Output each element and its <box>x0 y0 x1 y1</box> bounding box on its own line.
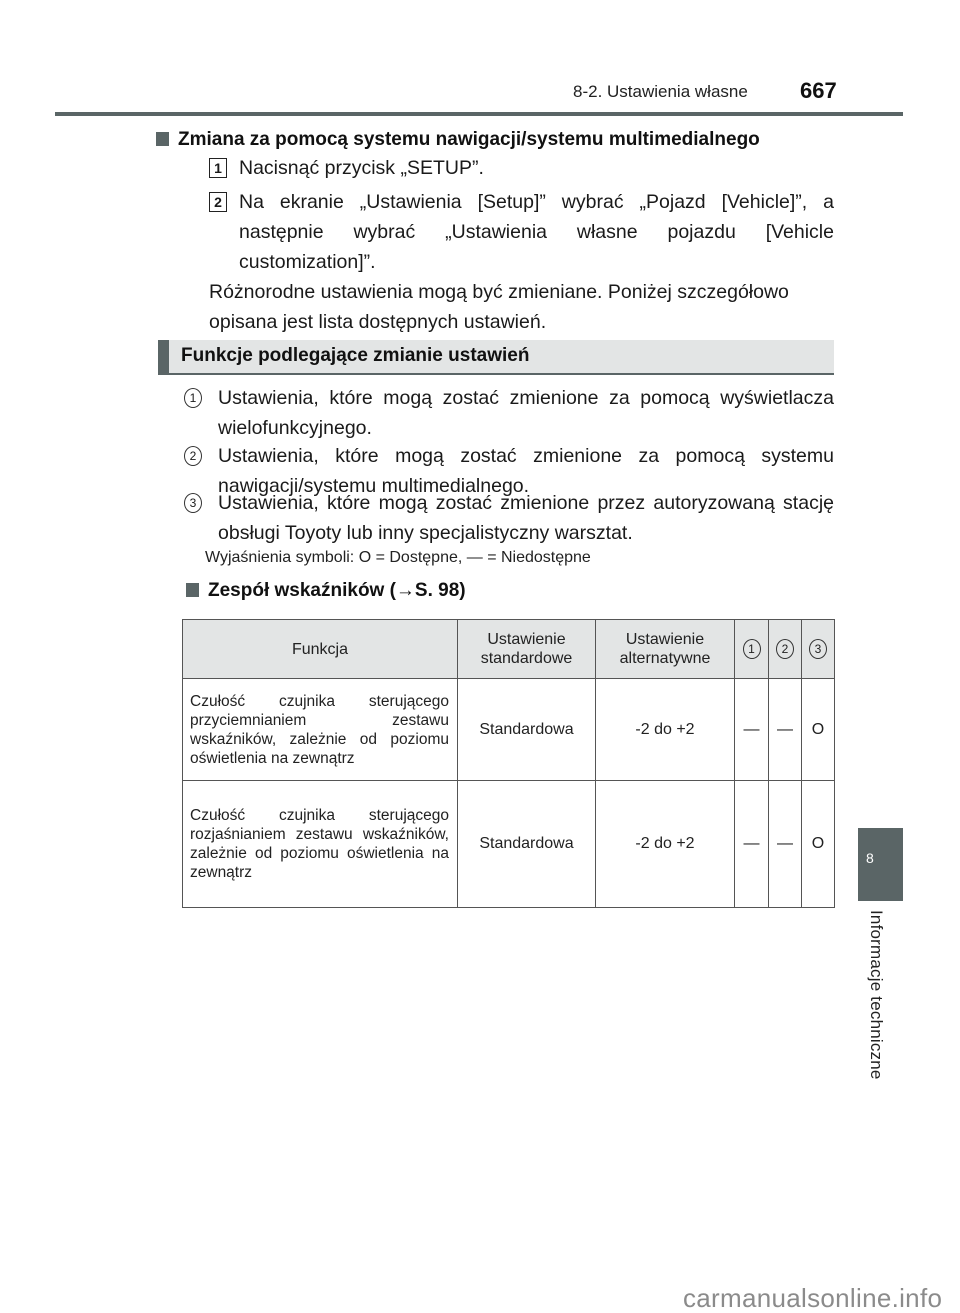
circled-number-2-icon: 2 <box>184 446 202 466</box>
step-2: 2 Na ekranie „Ustawienia [Setup]” wybrać… <box>209 187 834 277</box>
step-1: 1 Nacisnąć przycisk „SETUP”. <box>209 153 834 183</box>
table-row: Czułość czujnika sterującego przyciemnia… <box>183 679 835 781</box>
chapter-tab[interactable]: 8 <box>858 828 903 901</box>
cell-availability-2: — <box>769 679 802 781</box>
section-title-bar: Funkcje podlegające zmianie ustawień <box>158 340 834 375</box>
nav-section-heading: Zmiana za pomocą systemu nawigacji/syste… <box>156 129 760 151</box>
cell-function: Czułość czujnika sterującego rozjaśniani… <box>183 781 458 908</box>
nav-section-heading-text: Zmiana za pomocą systemu nawigacji/syste… <box>178 129 760 150</box>
table-row: Czułość czujnika sterującego rozjaśniani… <box>183 781 835 908</box>
cluster-section-heading-text: Zespół wskaźników (→S. 98) <box>208 580 466 601</box>
cell-function: Czułość czujnika sterującego przyciemnia… <box>183 679 458 781</box>
cell-availability-1: — <box>735 679 769 781</box>
square-bullet-icon <box>156 132 169 146</box>
feature-item-text: Ustawienia, które mogą zostać zmienione … <box>218 383 834 443</box>
chapter-label: Informacje techniczne <box>866 910 886 1080</box>
symbol-legend: Wyjaśnienia symboli: O = Dostępne, — = N… <box>205 549 591 567</box>
cell-default: Standardowa <box>458 679 596 781</box>
step-text: Na ekranie „Ustawienia [Setup]” wybrać „… <box>239 187 834 277</box>
col-header-alternative: Ustawienie alternatywne <box>596 620 735 679</box>
table-header-row: Funkcja Ustawienie standardowe Ustawieni… <box>183 620 835 679</box>
col-header-default: Ustawienie standardowe <box>458 620 596 679</box>
cell-default: Standardowa <box>458 781 596 908</box>
running-header-section: 8-2. Ustawienia własne <box>573 82 748 102</box>
cell-availability-3: O <box>802 679 835 781</box>
square-bullet-icon <box>186 583 199 597</box>
cell-alternative: -2 do +2 <box>596 679 735 781</box>
cell-alternative: -2 do +2 <box>596 781 735 908</box>
circled-number-3-icon: 3 <box>184 493 202 513</box>
circled-number-1-icon: 1 <box>184 388 202 408</box>
cell-availability-1: — <box>735 781 769 908</box>
step-number-badge: 1 <box>209 158 227 178</box>
header-rule <box>55 112 903 116</box>
feature-item-1: 1 Ustawienia, które mogą zostać zmienion… <box>184 383 834 443</box>
step-text: Nacisnąć przycisk „SETUP”. <box>239 153 834 183</box>
cell-availability-3: O <box>802 781 835 908</box>
cell-availability-2: — <box>769 781 802 908</box>
watermark: carmanualsonline.info <box>683 1283 942 1313</box>
col-header-2: 2 <box>769 620 802 679</box>
section-title: Funkcje podlegające zmianie ustawień <box>181 345 529 367</box>
col-header-3: 3 <box>802 620 835 679</box>
col-header-1: 1 <box>735 620 769 679</box>
circled-number-3-icon: 3 <box>809 639 827 659</box>
settings-table: Funkcja Ustawienie standardowe Ustawieni… <box>182 619 835 908</box>
col-header-function: Funkcja <box>183 620 458 679</box>
circled-number-2-icon: 2 <box>776 639 794 659</box>
circled-number-1-icon: 1 <box>743 639 761 659</box>
feature-item-text: Ustawienia, które mogą zostać zmienione … <box>218 488 834 548</box>
feature-item-3: 3 Ustawienia, które mogą zostać zmienion… <box>184 488 834 548</box>
step-number-badge: 2 <box>209 192 227 212</box>
cluster-section-heading: Zespół wskaźników (→S. 98) <box>186 580 466 602</box>
intro-paragraph: Różnorodne ustawienia mogą być zmieniane… <box>209 277 834 337</box>
chapter-number: 8 <box>866 850 874 866</box>
page-number: 667 <box>800 78 837 104</box>
